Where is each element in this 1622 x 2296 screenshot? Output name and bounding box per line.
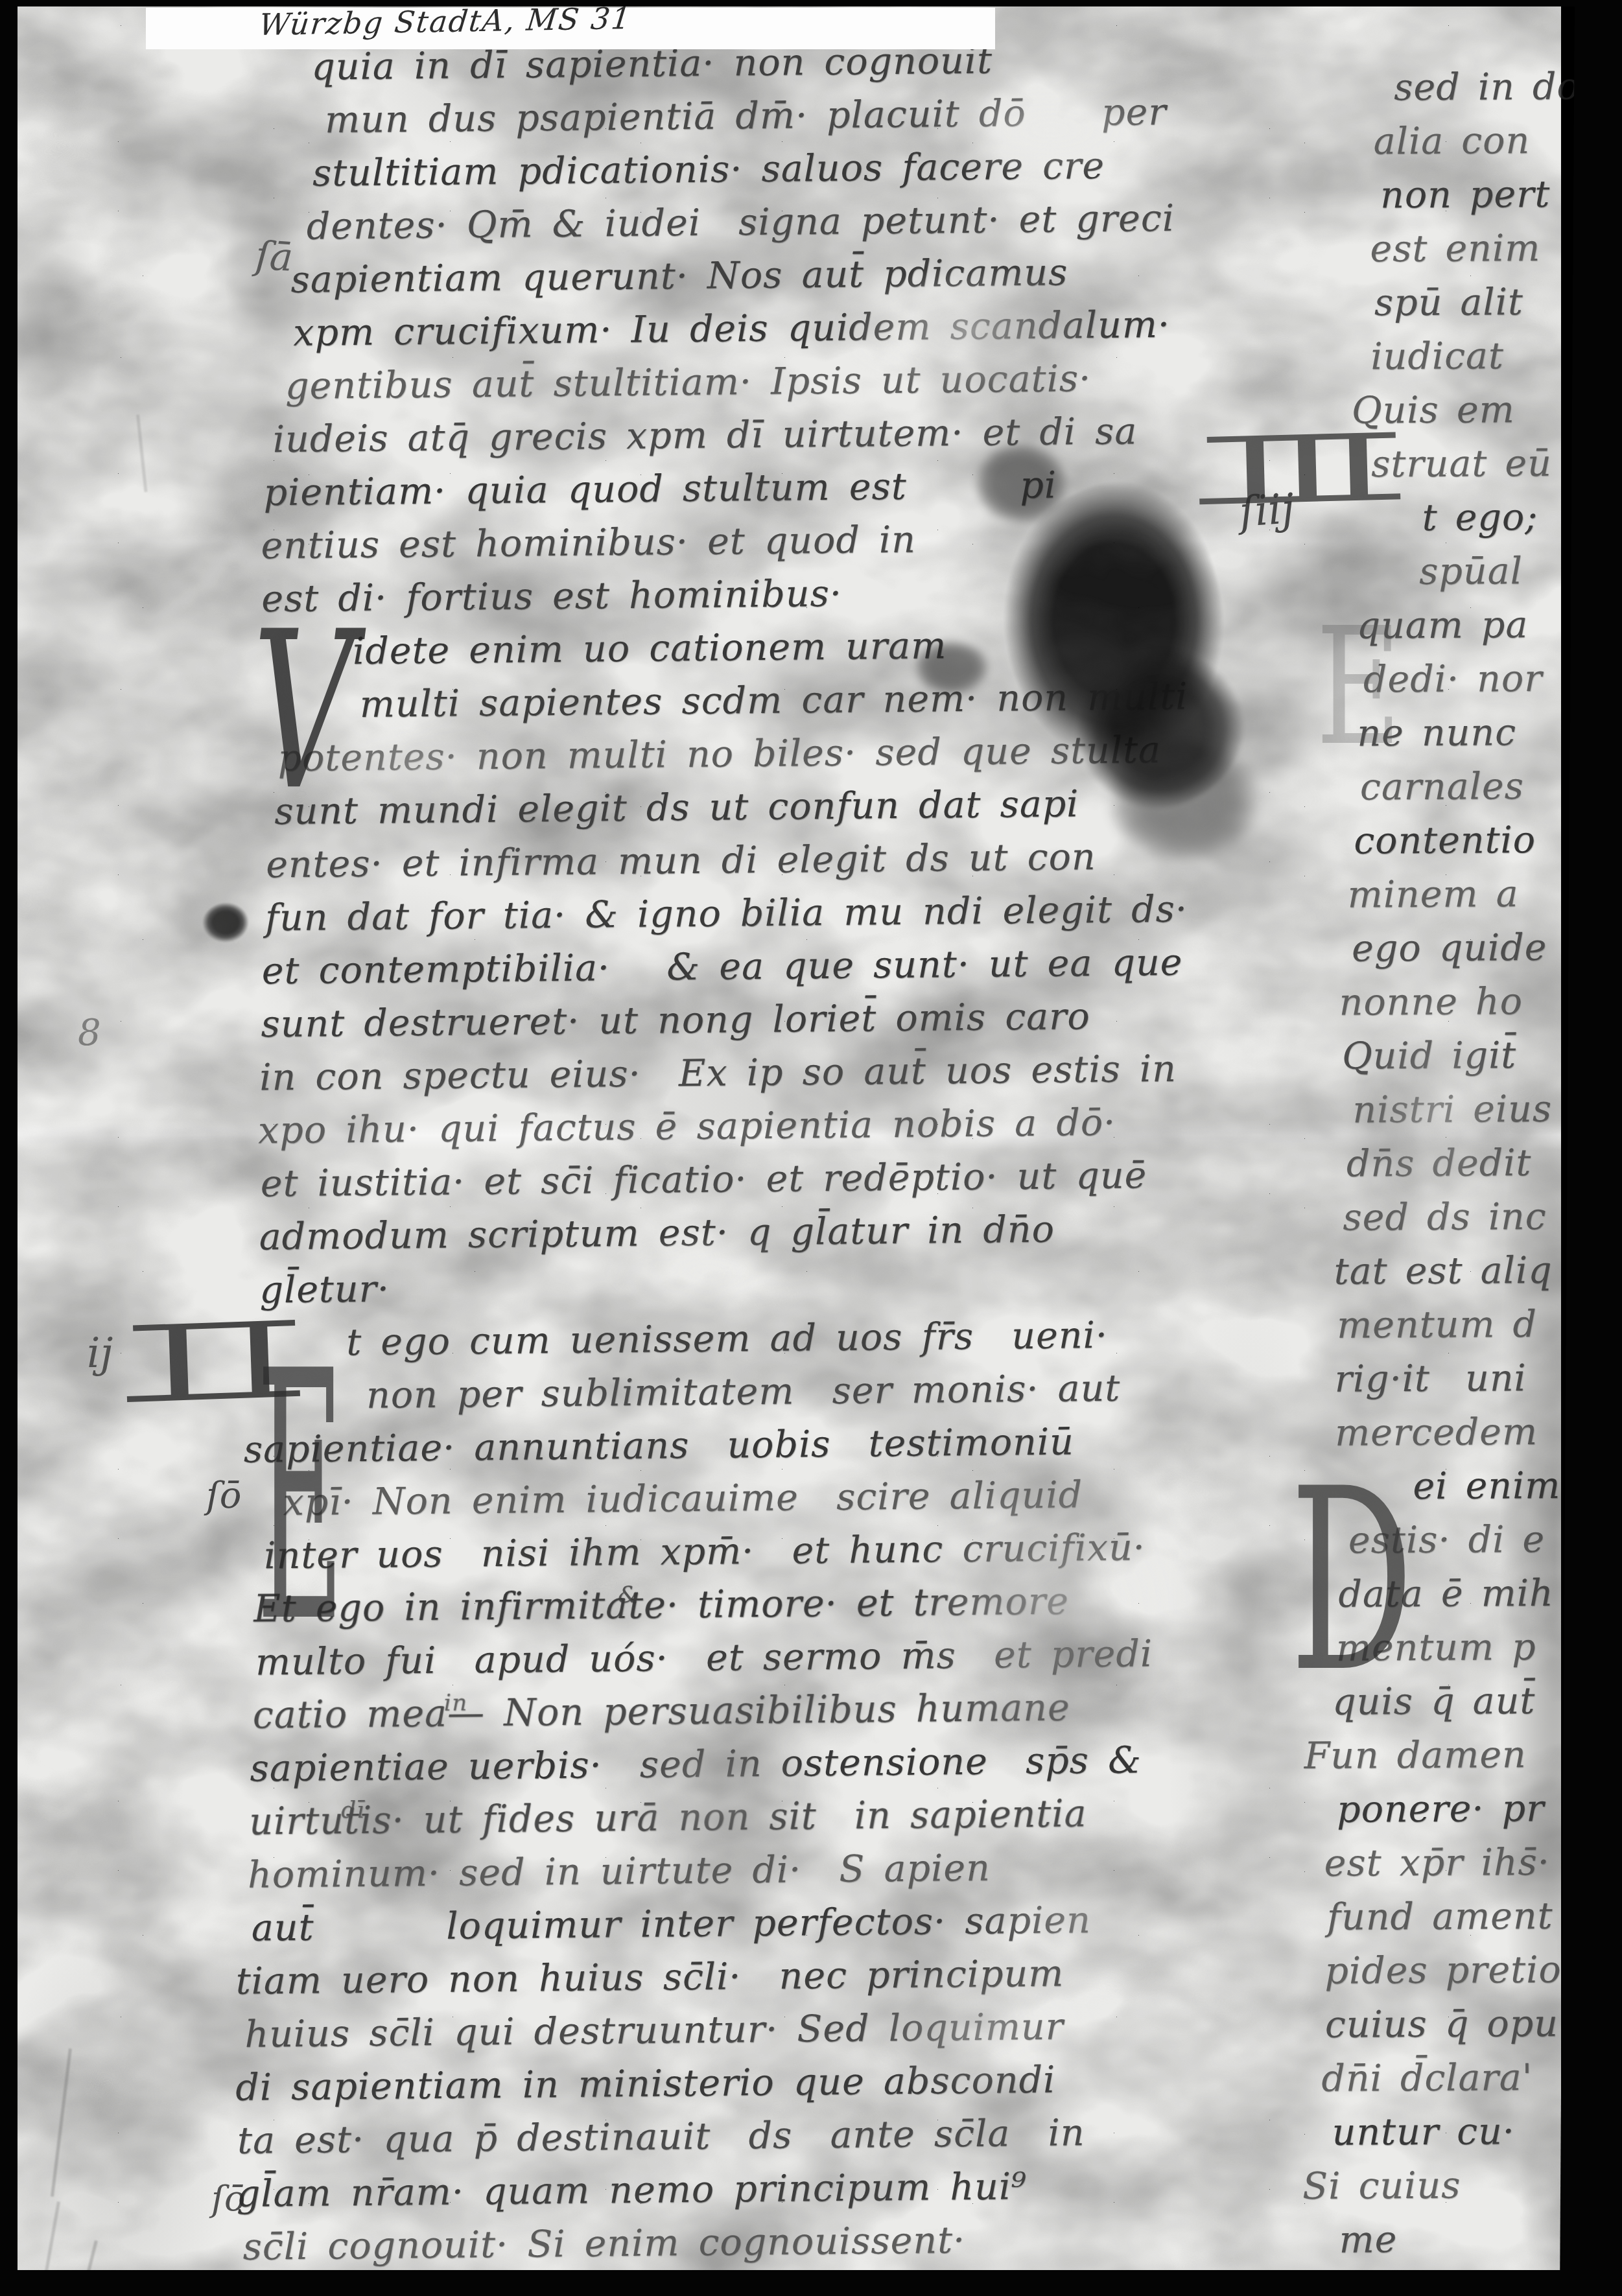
archive-annotation-text: Würzbg StadtA, MS 31: [142, 0, 633, 44]
text-line: ponere· pr: [1299, 1782, 1604, 1837]
text-line: huius sc̄li qui destruuntur· Sed loquimu…: [233, 1998, 1258, 2061]
text-line: t ego cum uenissem ad uos fr̄s ueni·: [226, 1307, 1251, 1370]
text-line: sed in do: [1290, 60, 1595, 115]
photocopy-border-left: [0, 0, 18, 2296]
text-line: admodum scriptum est· q gl̄atur in dn̄o: [225, 1201, 1250, 1264]
text-line: estis· di e: [1298, 1513, 1603, 1568]
text-line: gl̄am nr̄am· quam nemo principum hui⁹: [234, 2158, 1259, 2221]
text-line: tat est aliq: [1297, 1244, 1601, 1299]
text-line: pientiam· quia quod stultum est pi: [218, 457, 1243, 520]
text-column-left: quia in dī sapientia· non cognouitmun du…: [214, 32, 1260, 2274]
text-line: mercedem: [1297, 1405, 1602, 1460]
interlinear-insertion: dī: [341, 1784, 365, 1837]
text-line: et contemptibilia· & ea que sunt· ut ea …: [222, 935, 1247, 998]
text-line: catio mea— Non persuasibilibus humanein: [229, 1680, 1254, 1742]
interlinear-insertion: in: [443, 1676, 467, 1729]
text-line: t ego;: [1292, 491, 1597, 546]
text-line: mun dus psapientiā dm̄· placuit dō per: [215, 85, 1240, 148]
text-line: aut̄ loquimur inter perfectos· sapien: [232, 1892, 1257, 1955]
text-column-right: sed in doalia connon pertest enimspū ali…: [1290, 60, 1606, 2267]
manuscript-page: quia in dī sapientia· non cognouitmun du…: [0, 0, 1622, 2296]
text-line: fund ament: [1300, 1890, 1604, 1945]
text-line: Et ego in infirmitate· timore· et tremor…: [229, 1573, 1254, 1636]
text-line: struat eū: [1292, 437, 1597, 492]
text-line: dedi· nor: [1293, 652, 1598, 707]
text-line: alia con: [1290, 114, 1595, 169]
text-line: Si cuius: [1301, 2158, 1606, 2213]
text-line: sunt destrueret· ut nong loriet̄ omis ca…: [223, 989, 1248, 1051]
text-line: sc̄li cognouit· Si enim cognouissent·: [235, 2211, 1260, 2274]
text-line: xpī· Non enim iudicauime scire aliquid: [228, 1467, 1252, 1530]
text-line: dentes· Qm̄ & iudei signa petunt· et gre…: [215, 191, 1240, 254]
text-line: carnales: [1294, 760, 1599, 815]
interlinear-insertion: &: [618, 1569, 640, 1622]
text-line: ne nunc: [1293, 706, 1598, 761]
text-line: idete enim uo cationem uram: [220, 616, 1245, 679]
text-line: inter uos nisi ihm xpm̄· et hunc crucifi…: [228, 1520, 1253, 1583]
text-line: sapientiam querunt· Nos aut̄ pdicamus: [216, 244, 1241, 307]
text-line: multo fui apud uós· et sermo m̄s et pred…: [229, 1626, 1254, 1689]
text-line: dn̄s dedit: [1296, 1136, 1601, 1191]
text-line: minem a: [1295, 867, 1599, 922]
text-line: stultitiam pdicationis· saluos facere cr…: [215, 138, 1240, 201]
text-line: xpo ihu· qui factus ē sapientia nobis a …: [224, 1095, 1249, 1158]
text-line: nonne ho: [1295, 975, 1599, 1030]
text-line: est xp̄r ihs̄·: [1299, 1836, 1604, 1891]
text-line: potentes· non multi no biles· sed que st…: [220, 723, 1245, 786]
text-line: Fun damen: [1299, 1728, 1603, 1783]
text-line: data ē mih: [1298, 1567, 1603, 1622]
text-line: di sapientiam in ministerio que abscondi: [233, 2052, 1258, 2114]
text-line: ta est· qua p̄ destinauit ds ante sc̄la …: [234, 2105, 1259, 2168]
text-line: ego quide: [1295, 921, 1599, 976]
text-line: ei enim: [1297, 1459, 1602, 1514]
text-line: sapientiae· annuntians uobis testimoniū: [227, 1414, 1252, 1477]
text-line: contentio: [1294, 814, 1599, 869]
text-line: iudeis atq̄ grecis xpm dī uirtutem· et d…: [218, 404, 1243, 467]
text-line: sed ds inc: [1296, 1190, 1601, 1245]
text-line: spūal: [1293, 545, 1597, 600]
text-line: est enim: [1291, 222, 1595, 277]
text-line: mentum p: [1299, 1621, 1603, 1676]
text-line: rig·it uni: [1297, 1352, 1601, 1407]
text-line: untur cu·: [1301, 2104, 1606, 2159]
text-line: quam pa: [1293, 598, 1597, 653]
text-line: quis q̄ aut̄: [1299, 1674, 1603, 1729]
photocopy-border-bottom: [0, 2270, 1622, 2296]
text-line: gl̄etur·: [226, 1254, 1251, 1317]
text-line: uirtutis· ut fides urā non sit in sapien…: [231, 1786, 1256, 1849]
text-line: dn̄i d̄clara': [1300, 2050, 1605, 2105]
text-line: xpm crucifixum· Iu deis quidem scandalum…: [217, 298, 1241, 360]
text-line: non pert: [1291, 168, 1595, 223]
text-line: gentibus aut̄ stultitiam· Ipsis ut uocat…: [217, 351, 1242, 414]
text-line: in con spectu eius· Ex ip so aut̄ uos es…: [224, 1042, 1249, 1105]
text-line: tiam uero non huius sc̄li· nec principum: [232, 1945, 1257, 2008]
text-line: spū alit: [1291, 275, 1596, 331]
text-line: mentum d: [1297, 1298, 1601, 1353]
text-line: et iustitia· et sc̄i ficatio· et redēpti…: [225, 1148, 1250, 1211]
text-line: hominum· sed in uirtute di· S apien: [231, 1839, 1256, 1902]
text-line: iudicat: [1291, 329, 1596, 384]
text-line: multi sapientes scdm car nem· non multi: [220, 670, 1245, 732]
text-line: Quid igit̄: [1295, 1029, 1600, 1084]
text-line: cuius q̄ opu: [1300, 1997, 1605, 2052]
text-line: non per sublimitatem ser monis· aut: [227, 1361, 1252, 1423]
archive-annotation-strip: Würzbg StadtA, MS 31: [146, 8, 995, 49]
text-line: Quis em: [1292, 383, 1597, 438]
text-line: sapientiae uerbis· sed in ostensione sp̄…: [230, 1733, 1255, 1796]
text-line: est di· fortius est hominibus·: [219, 563, 1244, 626]
text-line: pides pretios: [1300, 1943, 1604, 1998]
text-line: fun dat for tia· & igno bilia mu ndi ele…: [222, 882, 1247, 945]
text-line: sunt mundi elegit ds ut confun dat sapi: [221, 776, 1246, 839]
text-line: entius est hominibus· et quod in: [218, 510, 1243, 573]
text-line: entes· et infirma mun di elegit ds ut co…: [222, 829, 1247, 892]
text-line: nistri eius: [1295, 1083, 1600, 1138]
